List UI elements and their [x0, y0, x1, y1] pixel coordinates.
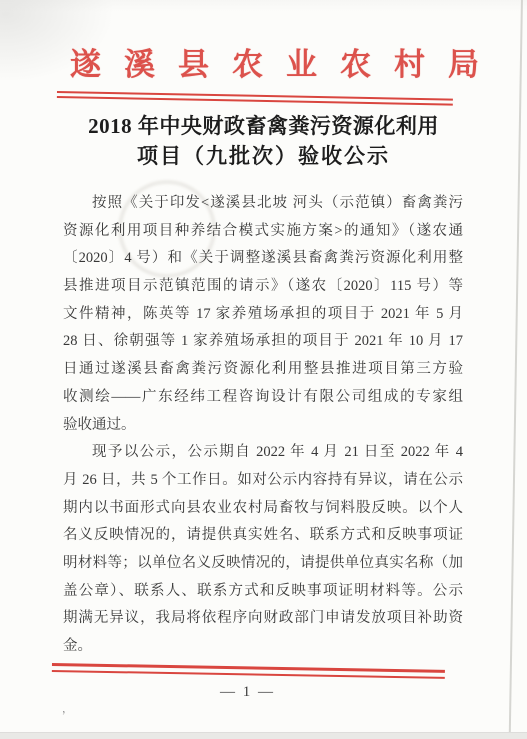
- body-line: 按照《关于印发<遂溪县北坡 河头（示范镇）畜禽粪污: [63, 190, 463, 218]
- org-name-header: 遂溪县农业农村局: [70, 46, 502, 84]
- document-title-line-1: 2018 年中央财政畜禽粪污资源化利用: [0, 113, 527, 140]
- body-line: 验收通过。: [63, 412, 463, 440]
- body-line: 金。: [63, 633, 463, 661]
- body-line: 〔2020〕4 号）和《关于调整遂溪县畜禽粪污资源化利用整: [63, 245, 463, 273]
- header-divider-rule: [57, 91, 453, 106]
- body-line: 期内以书面形式向县农业农村局畜牧与饲料股反映。以个人: [63, 495, 463, 523]
- scan-bottom-edge: [0, 732, 527, 739]
- body-line: 日通过遂溪县畜禽粪污资源化利用整县推进项目第三方验: [63, 356, 463, 384]
- body-line: 28 日、徐朝强等 1 家养殖场承担的项目于 2021 年 10 月 17: [63, 328, 463, 356]
- page-number: — 1 —: [0, 684, 527, 701]
- body-line: 收测绘——广东经纬工程咨询设计有限公司组成的专家组: [63, 384, 463, 412]
- body-line: 明材料等；以单位名义反映情况的，请提供单位真实名称（加: [63, 550, 463, 578]
- page-edge-line: [509, 0, 523, 739]
- body-line: 现予以公示，公示期自 2022 年 4 月 21 日至 2022 年 4: [63, 439, 463, 467]
- body-line: 盖公章）、联系人、联系方式和反映事项证明材料等。公示: [63, 578, 463, 606]
- body-line: 资源化利用项目种养结合模式实施方案>的通知》（遂农通: [63, 218, 463, 246]
- body-text: 按照《关于印发<遂溪县北坡 河头（示范镇）畜禽粪污 资源化利用项目种养结合模式实…: [63, 190, 463, 661]
- body-line: 县推进项目示范镇范围的请示》（遂农〔2020〕115 号）等: [63, 273, 463, 301]
- body-line: 文件精神，陈英等 17 家养殖场承担的项目于 2021 年 5 月: [63, 301, 463, 329]
- body-line: 期满无异议，我局将依程序向财政部门申请发放项目补助资: [63, 605, 463, 633]
- scanned-document-page: 遂溪县农业农村局 2018 年中央财政畜禽粪污资源化利用 项目（九批次）验收公示…: [0, 0, 527, 739]
- document-title: 2018 年中央财政畜禽粪污资源化利用 项目（九批次）验收公示: [0, 113, 527, 170]
- document-title-line-2: 项目（九批次）验收公示: [0, 143, 527, 170]
- body-line: 名义反映情况的，请提供真实姓名、联系方式和反映事项证: [63, 522, 463, 550]
- body-line: 月 26 日，共 5 个工作日。如对公示内容持有异议，请在公示: [63, 467, 463, 495]
- page-number-text: — 1 —: [220, 684, 275, 700]
- footer-divider-rule: [52, 663, 445, 678]
- scan-stray-mark: ，: [62, 700, 73, 716]
